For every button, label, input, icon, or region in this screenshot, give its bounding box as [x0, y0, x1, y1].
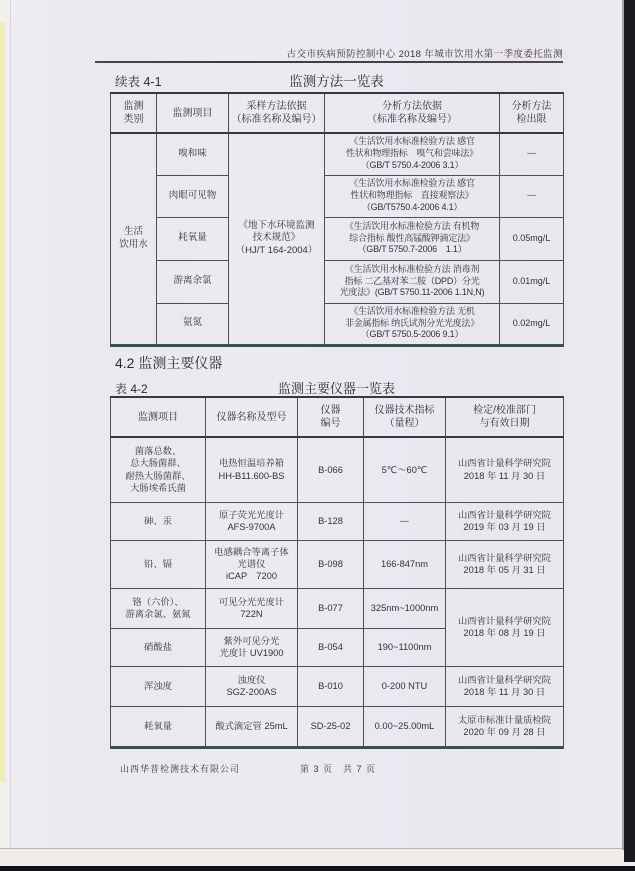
table-row: 耗氧量 酸式滴定管 25mL SD-25-02 0.00~25.00mL 太原市… — [111, 706, 564, 747]
table1-analysis-cell: 《生活饮用水标准检验方法 有机物 综合指标 酸性高锰酸钾滴定法》 （GB/T 5… — [325, 217, 500, 260]
table1-item-cell: 氨氮 — [157, 303, 229, 345]
table1-header-limit: 分析方法 检出限 — [500, 93, 564, 133]
table2-instrument-cell: 紫外可见分光 光度计 UV1900 — [206, 628, 298, 666]
table1-header-item: 监测项目 — [157, 93, 229, 133]
table2-range-cell: 5℃～60℃ — [364, 437, 446, 502]
table2-calibration-cell: 太原市标准计量质检院 2020 年 09 月 28 日 — [446, 706, 564, 747]
table2-header-range: 仪器技术指标 （量程） — [364, 397, 446, 437]
table-row: 砷、汞 原子荧光光度计 AFS-9700A B-128 --- 山西省计量科学研… — [111, 502, 564, 540]
table2-header-instrument: 仪器名称及型号 — [206, 397, 298, 437]
table1-analysis-cell: 《生活饮用水标准检验方法 消毒剂 指标 二乙基对苯二胺（DPD）分光 光度法》(… — [325, 260, 500, 303]
table2-code-cell: SD-25-02 — [298, 706, 364, 747]
table-row: 菌落总数、 总大肠菌群、 耐热大肠菌群、 大肠埃希氏菌 电热恒温培养箱 HH-B… — [111, 437, 564, 502]
scan-corner-bottom-left — [0, 782, 10, 848]
table1-category-cell: 生活 饮用水 — [111, 133, 157, 345]
table1-analysis-cell: 《生活饮用水标准检验方法 无机 非金属指标 纳氏试剂分光光度法》 （GB/T 5… — [325, 303, 500, 345]
table1-limit-cell: --- — [500, 133, 564, 175]
table-row: 氨氮 《生活饮用水标准检验方法 无机 非金属指标 纳氏试剂分光光度法》 （GB/… — [111, 303, 564, 345]
table1-item-cell: 耗氧量 — [157, 217, 229, 260]
table1-analysis-cell: 《生活饮用水标准检验方法 感官 性状和物理指标 直接观察法》 （GB/T5750… — [325, 175, 500, 217]
table1-item-cell: 肉眼可见物 — [157, 175, 229, 217]
table2-instrument-cell: 酸式滴定管 25mL — [206, 706, 298, 747]
table2-code-cell: B-054 — [298, 628, 364, 666]
table2-code-cell: B-066 — [298, 437, 364, 502]
table2-item-cell: 菌落总数、 总大肠菌群、 耐热大肠菌群、 大肠埃希氏菌 — [111, 437, 206, 502]
table2-instrument-cell: 电感耦合等离子体 光谱仪 iCAP 7200 — [206, 540, 298, 588]
table2-header-code: 仪器 编号 — [298, 397, 364, 437]
table2-header-calibration: 检定/校准部门 与有效日期 — [446, 397, 564, 437]
table1-header-row: 监测 类别 监测项目 采样方法依据 （标准名称及编号） 分析方法依据 （标准名称… — [111, 93, 564, 133]
instruments-table: 监测项目 仪器名称及型号 仪器 编号 仪器技术指标 （量程） 检定/校准部门 与… — [110, 396, 564, 749]
table1-limit-cell: 0.05mg/L — [500, 217, 564, 260]
table1-caption-title: 监测方法一览表 — [110, 70, 563, 90]
table-row: 浑浊度 浊度仪 SGZ-200AS B-010 0-200 NTU 山西省计量科… — [111, 666, 564, 706]
table1-header-sampling: 采样方法依据 （标准名称及编号） — [229, 93, 325, 133]
table2-range-cell: 166-847nm — [364, 540, 446, 588]
table1-header-analysis: 分析方法依据 （标准名称及编号） — [325, 93, 500, 133]
table-row: 耗氧量 《生活饮用水标准检验方法 有机物 综合指标 酸性高锰酸钾滴定法》 （GB… — [111, 217, 564, 260]
table2-code-cell: B-128 — [298, 502, 364, 540]
table2-item-cell: 铬（六价）、 游离余氯、氨氮 — [111, 588, 206, 628]
table2-code-cell: B-098 — [298, 540, 364, 588]
scan-edge-bottom-black-band — [0, 866, 635, 871]
table2-range-cell: 0-200 NTU — [364, 666, 446, 706]
monitoring-methods-table: 监测 类别 监测项目 采样方法依据 （标准名称及编号） 分析方法依据 （标准名称… — [110, 92, 564, 347]
table2-range-cell: 190~1100nm — [364, 628, 446, 666]
scan-edge-right-black-band — [624, 0, 635, 862]
table1-item-cell: 嗅和味 — [157, 133, 229, 175]
table1-limit-cell: 0.02mg/L — [500, 303, 564, 345]
footer-company-name: 山西华普检测技术有限公司 — [120, 762, 240, 775]
footer-page-number: 第 3 页 共 7 页 — [300, 762, 376, 775]
table1-header-category: 监测 类别 — [111, 93, 157, 133]
header-rule — [95, 61, 563, 63]
table2-item-cell: 硝酸盐 — [111, 628, 206, 666]
table1-analysis-cell: 《生活饮用水标准检验方法 感官 性状和物理指标 嗅气和尝味法》 （GB/T 57… — [325, 133, 500, 175]
table-row: 铅、镉 电感耦合等离子体 光谱仪 iCAP 7200 B-098 166-847… — [111, 540, 564, 588]
table2-instrument-cell: 浊度仪 SGZ-200AS — [206, 666, 298, 706]
table2-caption-title: 监测主要仪器一览表 — [110, 378, 563, 397]
table2-calibration-cell: 山西省计量科学研究院 2018 年 08 月 19 日 — [446, 588, 564, 666]
table-row: 游离余氯 《生活饮用水标准检验方法 消毒剂 指标 二乙基对苯二胺（DPD）分光 … — [111, 260, 564, 303]
table2-header-row: 监测项目 仪器名称及型号 仪器 编号 仪器技术指标 （量程） 检定/校准部门 与… — [111, 397, 564, 437]
table2-range-cell: --- — [364, 502, 446, 540]
table2-item-cell: 砷、汞 — [111, 502, 206, 540]
scanned-document-page: 古交市疾病预防控制中心 2018 年城市饮用水第一季度委托监测 续表 4-1 监… — [0, 0, 635, 871]
scan-corner-top-left — [0, 0, 10, 22]
table2-calibration-cell: 山西省计量科学研究院 2019 年 03 月 19 日 — [446, 502, 564, 540]
document-running-header: 古交市疾病预防控制中心 2018 年城市饮用水第一季度委托监测 — [287, 46, 563, 60]
scan-page-left-edge-line — [10, 0, 11, 848]
table2-item-cell: 浑浊度 — [111, 666, 206, 706]
table1-item-cell: 游离余氯 — [157, 260, 229, 303]
table1-limit-cell: --- — [500, 175, 564, 217]
table2-range-cell: 325nm~1000nm — [364, 588, 446, 628]
table2-header-item: 监测项目 — [111, 397, 206, 437]
table2-calibration-cell: 山西省计量科学研究院 2018 年 11 月 30 日 — [446, 437, 564, 502]
table2-calibration-cell: 山西省计量科学研究院 2018 年 05 月 31 日 — [446, 540, 564, 588]
table-row: 肉眼可见物 《生活饮用水标准检验方法 感官 性状和物理指标 直接观察法》 （GB… — [111, 175, 564, 217]
table2-calibration-cell: 山西省计量科学研究院 2018 年 11 月 30 日 — [446, 666, 564, 706]
table2-code-cell: B-010 — [298, 666, 364, 706]
table2-item-cell: 铅、镉 — [111, 540, 206, 588]
table1-limit-cell: 0.01mg/L — [500, 260, 564, 303]
table-row: 生活 饮用水 嗅和味 《地下水环境监测 技术规范》 （HJ/T 164-2004… — [111, 133, 564, 175]
table2-range-cell: 0.00~25.00mL — [364, 706, 446, 747]
table2-code-cell: B-077 — [298, 588, 364, 628]
scan-below-page-strip — [0, 849, 635, 866]
section-heading: 4.2 监测主要仪器 — [115, 353, 222, 373]
table-row: 铬（六价）、 游离余氯、氨氮 可见分光光度计 722N B-077 325nm~… — [111, 588, 564, 628]
table2-instrument-cell: 电热恒温培养箱 HH-B11.600-BS — [206, 437, 298, 502]
table2-instrument-cell: 原子荧光光度计 AFS-9700A — [206, 502, 298, 540]
table2-item-cell: 耗氧量 — [111, 706, 206, 747]
table2-instrument-cell: 可见分光光度计 722N — [206, 588, 298, 628]
scan-edge-left-yellow — [0, 22, 5, 782]
table1-sampling-cell: 《地下水环境监测 技术规范》 （HJ/T 164-2004） — [229, 133, 325, 345]
